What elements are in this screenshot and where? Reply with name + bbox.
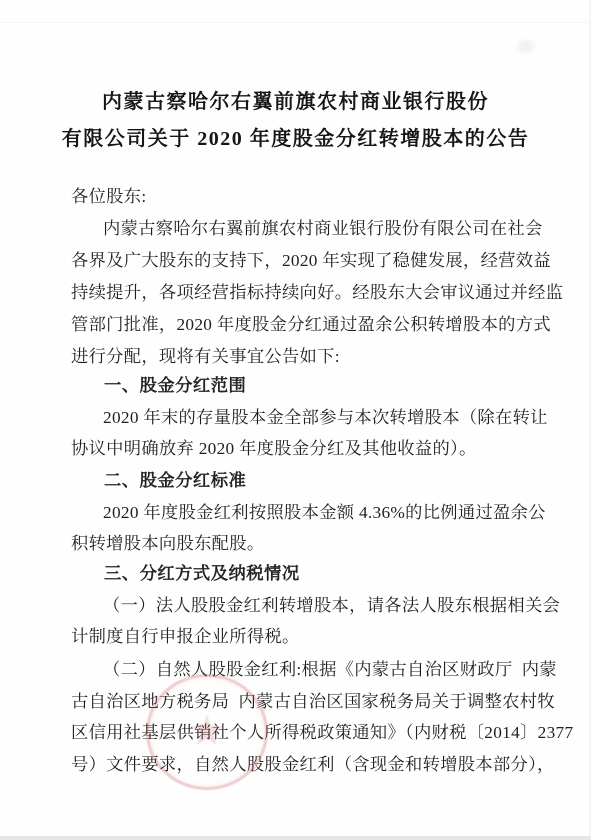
text-line: 2020 年度股金红利按照股本金额 4.36%的比例通过盈余公: [103, 498, 546, 523]
text-line: （一）法人股股金红利转增股本，请各法人股东根据相关会: [103, 591, 560, 616]
text-line: 各界及广大股东的支持下，2020 年实现了稳健发展，经营效益: [71, 246, 551, 271]
text-line: 区信用社基层供销社个人所得税政策通知》（内财税〔2014〕2377: [71, 718, 573, 743]
title-line-1: 内蒙古察哈尔右翼前旗农村商业银行股份: [0, 85, 591, 114]
text-line: 内蒙古察哈尔右翼前旗农村商业银行股份有限公司在社会: [103, 214, 543, 239]
scan-artifact-smudge: [518, 40, 534, 53]
scan-artifact-line: [0, 22, 591, 23]
text-line: 计制度自行申报企业所得税。: [71, 622, 300, 647]
document-page: 内蒙古察哈尔右翼前旗农村商业银行股份有限公司关于 2020 年度股金分红转增股本…: [0, 0, 591, 840]
section-heading-1: 一、股金分红范围: [104, 371, 246, 396]
text-line: 管部门批准，2020 年度股金分红通过盈余公积转增股本的方式: [71, 310, 551, 335]
text-line: 号）文件要求，自然人股股金红利（含现金和转增股本部分），: [71, 750, 555, 775]
title-line-2: 有限公司关于 2020 年度股金分红转增股本的公告: [0, 122, 591, 151]
text-line: 持续提升，各项经营指标持续向好。经股东大会审议通过并经监: [71, 278, 563, 303]
scan-artifact-bottom-strip: [0, 836, 591, 840]
text-line: 2020 年末的存量股本金全部参与本次转增股本（除在转让: [103, 403, 548, 428]
text-line: 进行分配，现将有关事宜公告如下:: [71, 342, 340, 367]
salutation: 各位股东:: [71, 182, 146, 207]
text-line: （二）自然人股股金红利:根据《内蒙古自治区财政厅 内蒙: [103, 655, 557, 680]
section-heading-2: 二、股金分红标准: [104, 466, 246, 491]
text-line: 古自治区地方税务局 内蒙古自治区国家税务局关于调整农村牧: [71, 687, 555, 712]
text-line: 协议中明确放弃 2020 年度股金分红及其他收益的）。: [71, 434, 477, 459]
text-line: 积转增股本向股东配股。: [71, 529, 264, 554]
section-heading-3: 三、分红方式及纳税情况: [104, 559, 300, 584]
